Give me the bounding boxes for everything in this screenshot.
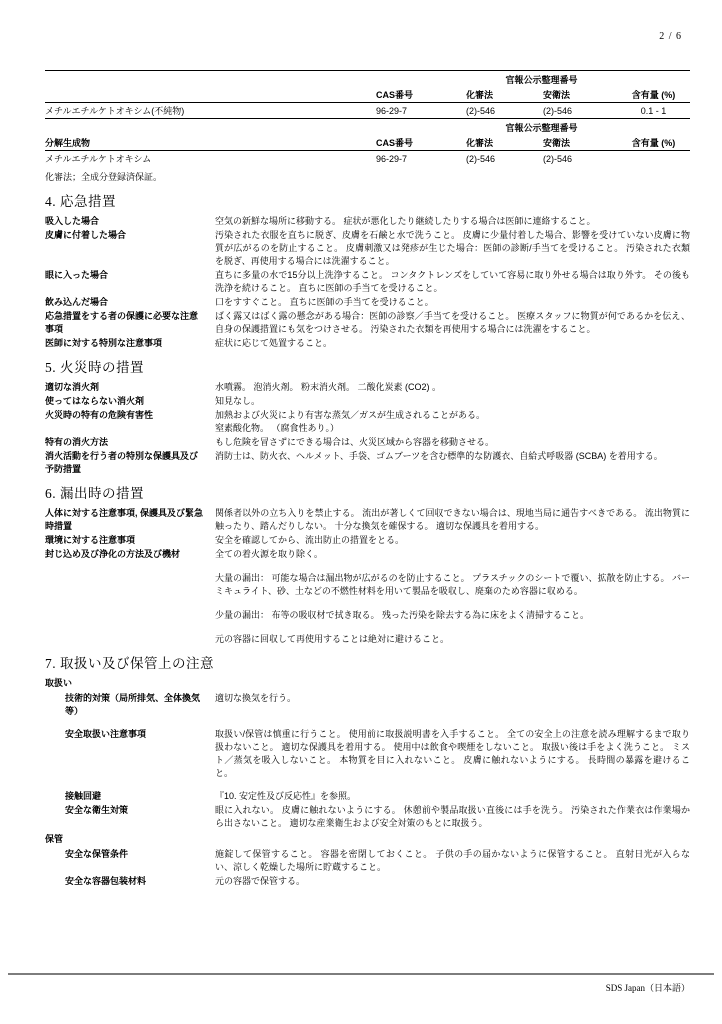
first-aid-physician-notes: 医師に対する特別な注意事項 症状に応じて処置すること。 (45, 337, 690, 350)
sds-page-content: 官報公示整理番号 CAS番号 化審法 安衛法 含有量 (%) メチルエチルケトオ… (45, 0, 690, 889)
cas-number: 96-29-7 (376, 103, 466, 119)
footer-divider (8, 973, 714, 975)
aneihou-number: (2)-546 (543, 151, 617, 167)
containment-cleanup: 封じ込め及び浄化の方法及び機材 全ての着火源を取り除く。 (45, 548, 690, 561)
column-header-cas: CAS番号 (376, 87, 466, 103)
table-column-header-row: 分解生成物 CAS番号 化審法 安衛法 含有量 (%) (45, 135, 690, 151)
table-row: メチルエチルケトオキシム 96-29-7 (2)-546 (2)-546 (45, 151, 690, 167)
column-header-content: 含有量 (%) (617, 87, 690, 103)
first-aid-protector-notes: 応急措置をする者の保護に必要な注意事項 ばく露又はばく露の懸念がある場合：医師の… (45, 310, 690, 336)
column-header-aneihou: 安衛法 (543, 135, 617, 151)
column-header-kashinhou: 化審法 (466, 135, 543, 151)
column-header-aneihou: 安衛法 (543, 87, 617, 103)
subsection-storage: 保管 (45, 833, 690, 846)
section-fire-fighting: 5. 火災時の措置 適切な消火剤 水噴霧。 泡消火剤。 粉末消火剤。 二酸化炭素… (45, 359, 690, 476)
containment-cleanup-no-reuse: 元の容器に回収して再使用することは絶対に避けること。 (45, 633, 690, 646)
containment-cleanup-small-spill: 少量の漏出： 布等の吸収材で拭き取る。 残った汚染を除去する為に床をよく清掃する… (45, 609, 690, 622)
section-accidental-release: 6. 漏出時の措置 人体に対する注意事項, 保護具及び緊急時措置 関係者以外の立… (45, 485, 690, 646)
kashinhou-number: (2)-546 (466, 151, 543, 167)
gazette-number-group-header: 官報公示整理番号 (466, 119, 617, 135)
first-aid-inhalation: 吸入した場合 空気の新鮮な場所に移動する。 症状が悪化したり継続したりする場合は… (45, 215, 690, 228)
aneihou-number: (2)-546 (543, 103, 617, 119)
first-aid-eyes: 眼に入った場合 直ちに多量の水で15分以上洗浄すること。 コンタクトレンズをして… (45, 269, 690, 295)
firefighter-protection: 消火活動を行う者の特別な保護具及び予防措置 消防士は、防火衣、ヘルメット、手袋、… (45, 450, 690, 476)
table-group-header-row: 官報公示整理番号 (45, 119, 690, 135)
column-header-content: 含有量 (%) (617, 135, 690, 151)
cas-number: 96-29-7 (376, 151, 466, 167)
section-title: 5. 火災時の措置 (45, 359, 690, 376)
personal-precautions: 人体に対する注意事項, 保護具及び緊急時措置 関係者以外の立ち入りを禁止する。 … (45, 507, 690, 533)
first-aid-skin: 皮膚に付着した場合 汚染された衣服を直ちに脱ぎ、皮膚を石鹸と水で洗うこと。 皮膚… (45, 229, 690, 268)
section-handling-storage: 7. 取扱い及び保管上の注意 取扱い 技術的対策（局所排気、全体換気等） 適切な… (45, 655, 690, 888)
section-first-aid: 4. 応急措置 吸入した場合 空気の新鮮な場所に移動する。 症状が悪化したり継続… (45, 193, 690, 350)
environmental-precautions: 環境に対する注意事項 安全を確認してから、流出防止の措置をとる。 (45, 534, 690, 547)
row-label-header: 分解生成物 (45, 135, 376, 151)
footer-label: SDS Japan（日本語） (606, 981, 690, 994)
section-title: 6. 漏出時の措置 (45, 485, 690, 502)
unsuitable-extinguishing-media: 使ってはならない消火剤 知見なし。 (45, 395, 690, 408)
row-label-header (45, 87, 376, 103)
kashinhou-number: (2)-546 (466, 103, 543, 119)
table-group-header-row: 官報公示整理番号 (45, 71, 690, 88)
contact-avoidance: 接触回避 『10. 安定性及び反応性』を参照。 (45, 790, 690, 803)
table-row: メチルエチルケトオキシム(不純物) 96-29-7 (2)-546 (2)-54… (45, 103, 690, 119)
gazette-number-group-header: 官報公示整理番号 (466, 71, 617, 88)
column-header-kashinhou: 化審法 (466, 87, 543, 103)
content-percent: 0.1 - 1 (617, 103, 690, 119)
safe-packaging-materials: 安全な容器包装材料 元の容器で保管する。 (45, 875, 690, 888)
hygiene-measures: 安全な衛生対策 眼に入れない。 皮膚に触れないようにする。 休憩前や製品取扱い直… (45, 804, 690, 830)
first-aid-ingestion: 飲み込んだ場合 口をすすぐこと。 直ちに医師の手当てを受けること。 (45, 296, 690, 309)
section-title: 7. 取扱い及び保管上の注意 (45, 655, 690, 672)
substance-name: メチルエチルケトオキシム(不純物) (45, 103, 376, 119)
content-percent (617, 151, 690, 167)
specific-hazards: 火災時の特有の危険有害性 加熱および火災により有害な蒸気／ガスが生成されることが… (45, 409, 690, 435)
column-header-cas: CAS番号 (376, 135, 466, 151)
technical-measures: 技術的対策（局所排気、全体換気等） 適切な換気を行う。 (45, 692, 690, 718)
table-column-header-row: CAS番号 化審法 安衛法 含有量 (%) (45, 87, 690, 103)
composition-table: 官報公示整理番号 CAS番号 化審法 安衛法 含有量 (%) メチルエチルケトオ… (45, 70, 690, 119)
subsection-handling: 取扱い (45, 677, 690, 690)
safe-storage-conditions: 安全な保管条件 施錠して保管すること。 容器を密閉しておくこと。 子供の手の届か… (45, 848, 690, 874)
containment-cleanup-large-spill: 大量の漏出： 可能な場合は漏出物が広がるのを防止すること。 プラスチックのシート… (45, 572, 690, 598)
substance-name: メチルエチルケトオキシム (45, 151, 376, 167)
section-title: 4. 応急措置 (45, 193, 690, 210)
specific-methods: 特有の消火方法 もし危険を冒さずにできる場合は、火災区域から容器を移動させる。 (45, 436, 690, 449)
safe-handling-precautions: 安全取扱い注意事項 取扱い/保管は慎重に行うこと。 使用前に取扱説明書を入手する… (45, 728, 690, 780)
extinguishing-media: 適切な消火剤 水噴霧。 泡消火剤。 粉末消火剤。 二酸化炭素 (CO2) 。 (45, 381, 690, 394)
kashinhou-note: 化審法；全成分登録済保証。 (45, 171, 690, 184)
decomposition-table: 官報公示整理番号 分解生成物 CAS番号 化審法 安衛法 含有量 (%) メチル… (45, 119, 690, 166)
